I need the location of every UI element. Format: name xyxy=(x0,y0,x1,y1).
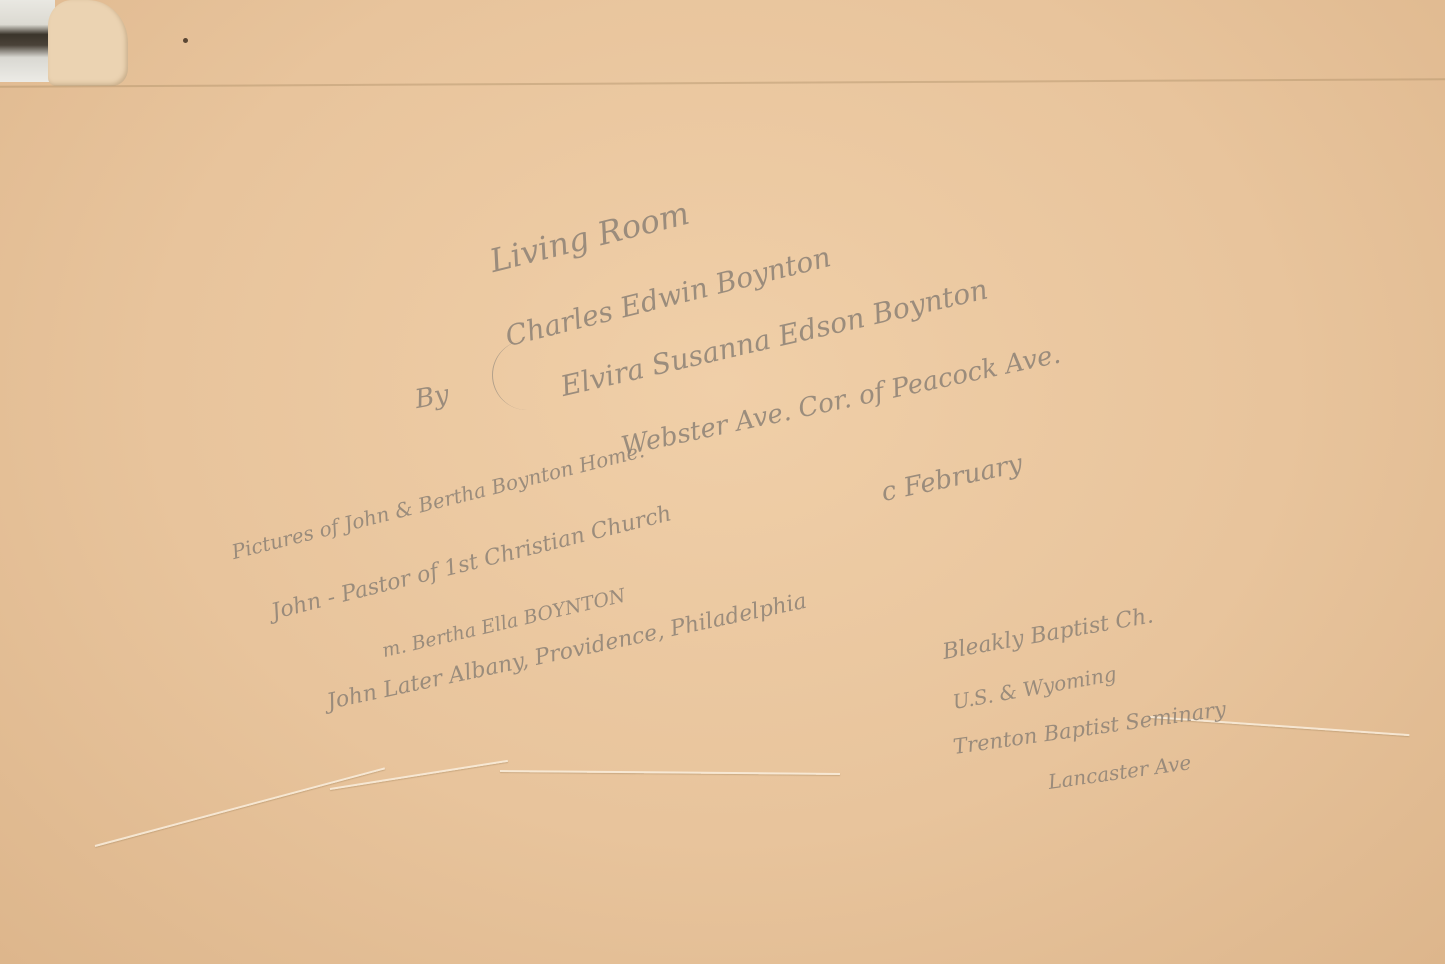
line-by: By xyxy=(413,380,451,415)
torn-corner xyxy=(48,0,128,86)
background-strip xyxy=(0,0,55,82)
ink-spot xyxy=(183,38,188,43)
aged-paper xyxy=(0,0,1445,964)
